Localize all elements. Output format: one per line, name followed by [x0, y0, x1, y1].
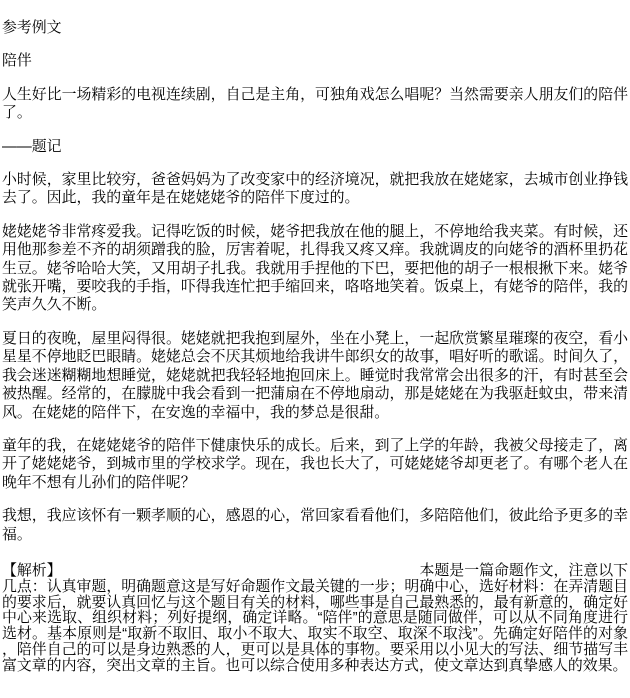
essay-paragraph: 小时候，家里比较穷，爸爸妈妈为了改变家中的经济境况，就把我放在姥姥家，去城市创业… [2, 171, 628, 208]
essay-paragraph: 夏日的夜晚，屋里闷得很。姥姥就把我抱到屋外，坐在小凳上，一起欣赏繁星璀璨的夜空，… [2, 330, 628, 422]
essay-paragraph: 我想，我应该怀有一颗孝顺的心，感恩的心，常回家看看他们，多陪陪他们，彼此给予更多… [2, 507, 628, 544]
analysis-label: 【解析】 [2, 564, 62, 580]
essay-paragraph: 童年的我，在姥姥姥爷的陪伴下健康快乐的成长。后来，到了上学的年龄，我被父母接走了… [2, 437, 628, 492]
analysis-body: 几点：认真审题，明确题意这是写好命题作文最关键的一步；明确中心，选好材料：在弄清… [2, 580, 628, 675]
essay-paragraph: 姥姥姥爷非常疼爱我。记得吃饭的时候，姥爷把我放在他的腿上，不停地给我夹菜。有时候… [2, 223, 628, 315]
epigraph-attribution: ——题记 [2, 138, 628, 156]
analysis-header: 【解析】 本题是一篇命题作文，注意以下 [2, 564, 628, 580]
section-label: 参考例文 [2, 19, 628, 37]
essay-title: 陪伴 [2, 52, 628, 70]
analysis-section: 【解析】 本题是一篇命题作文，注意以下 几点：认真审题，明确题意这是写好命题作文… [2, 564, 628, 675]
analysis-intro: 本题是一篇命题作文，注意以下 [420, 564, 628, 580]
document: 参考例文 陪伴 人生好比一场精彩的电视连续剧，自己是主角，可独角戏怎么唱呢？当然… [0, 0, 630, 685]
epigraph: 人生好比一场精彩的电视连续剧，自己是主角，可独角戏怎么唱呢？当然需要亲人朋友们的… [2, 86, 628, 123]
